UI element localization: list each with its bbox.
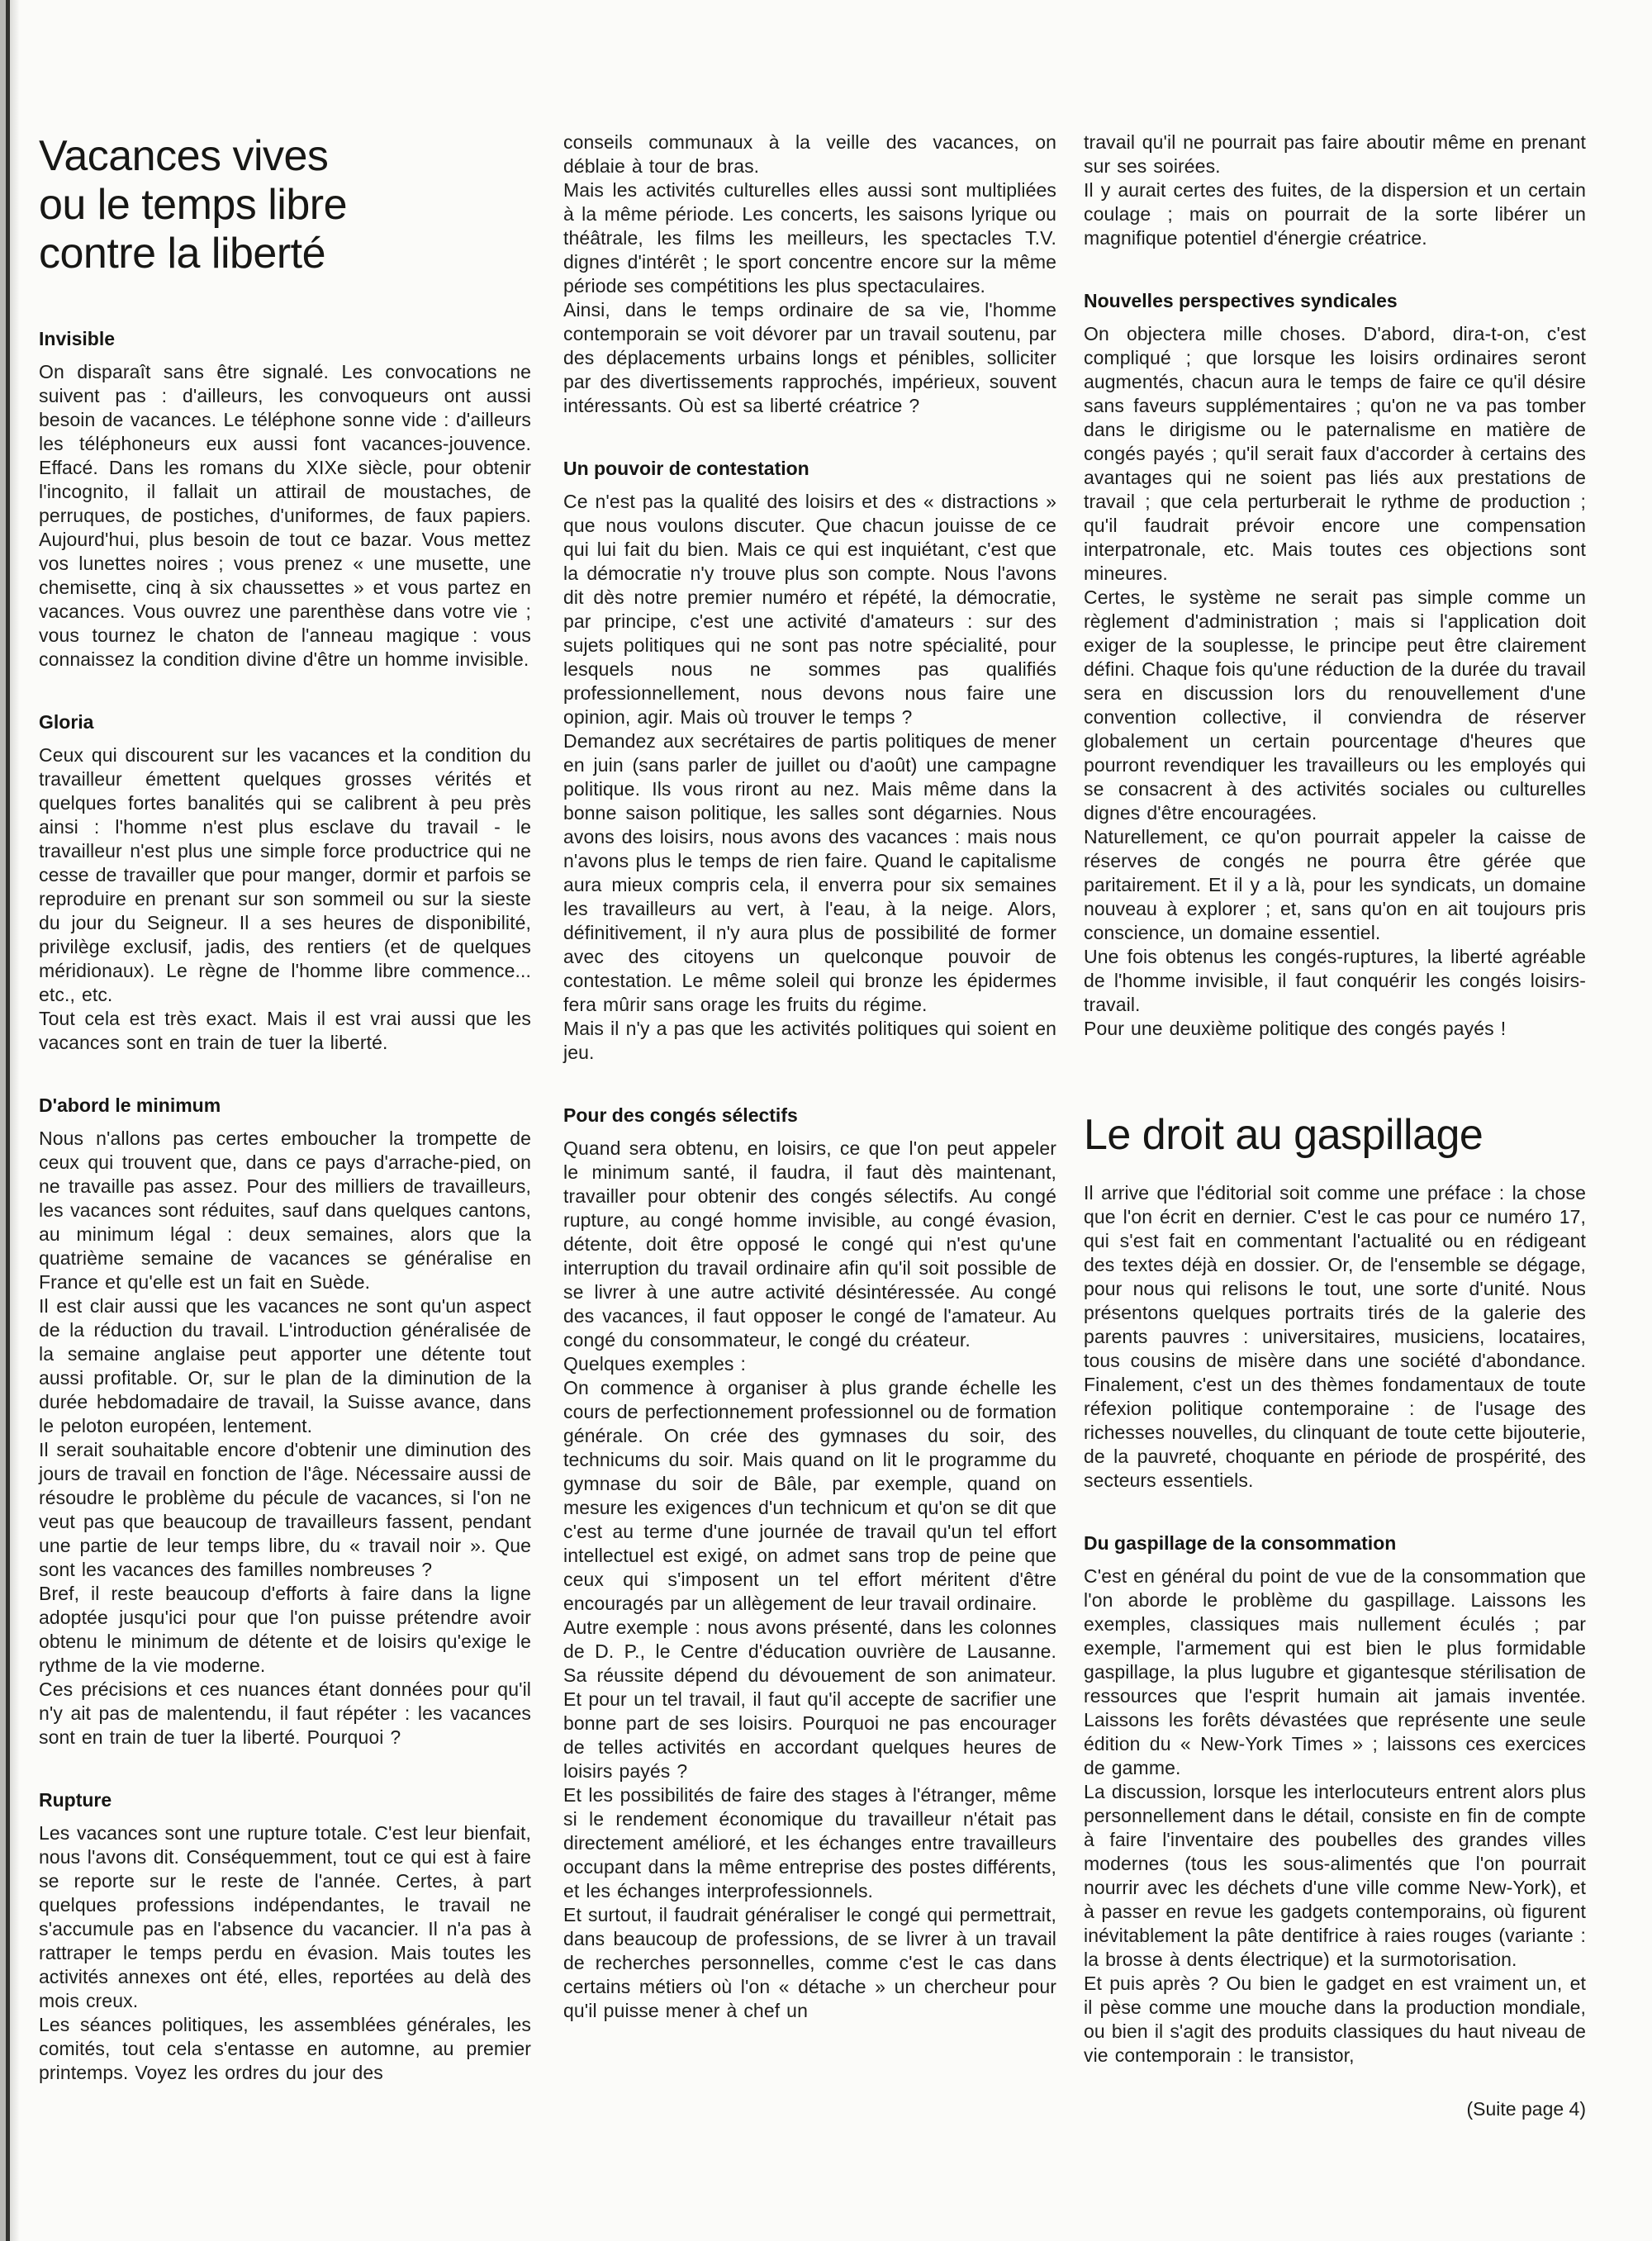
para-right-continuation-1: travail qu'il ne pourrait pas faire abou… [1084,131,1586,178]
para-minimum-2: Il est clair aussi que les vacances ne s… [39,1294,531,1438]
column-left: Vacances vives ou le temps libre contre … [39,0,531,2085]
heading-invisible: Invisible [39,326,531,351]
title-line-3: contre la liberté [39,230,531,278]
para-gloria-2: Tout cela est très exact. Mais il est vr… [39,1007,531,1055]
article-title-vacances: Vacances vives ou le temps libre contre … [39,132,531,278]
heading-dabord-le-minimum: D'abord le minimum [39,1093,531,1118]
para-minimum-5: Ces précisions et ces nuances étant donn… [39,1678,531,1750]
para-minimum-3: Il serait souhaitable encore d'obtenir u… [39,1438,531,1582]
para-selectifs-4: Autre exemple : nous avons présenté, dan… [563,1616,1056,1783]
magazine-page: Vacances vives ou le temps libre contre … [0,0,1652,2241]
para-invisible-1: On disparaît sans être signalé. Les conv… [39,360,531,672]
para-consommation-2: La discussion, lorsque les interlocuteur… [1084,1780,1586,1972]
continuation-note: (Suite page 4) [1084,2097,1586,2121]
para-gloria-1: Ceux qui discourent sur les vacances et … [39,743,531,1007]
title-line-1: Vacances vives [39,132,531,181]
para-consommation-1: C'est en général du point de vue de la c… [1084,1564,1586,1780]
para-rupture-2: Les séances politiques, les assemblées g… [39,2013,531,2085]
article-title-gaspillage: Le droit au gaspillage [1084,1111,1586,1160]
para-selectifs-5: Et les possibilités de faire des stages … [563,1783,1056,1903]
para-continuation-3: Ainsi, dans le temps ordinaire de sa vie… [563,298,1056,418]
para-right-continuation-2: Il y aurait certes des fuites, de la dis… [1084,178,1586,250]
para-selectifs-1: Quand sera obtenu, en loisirs, ce que l'… [563,1137,1056,1352]
para-contestation-3: Mais il n'y a pas que les activités poli… [563,1017,1056,1065]
para-syndicales-3: Naturellement, ce qu'on pourrait appeler… [1084,825,1586,945]
title-line-2: ou le temps libre [39,181,531,230]
para-continuation-2: Mais les activités culturelles elles aus… [563,178,1056,298]
para-syndicales-2: Certes, le système ne serait pas simple … [1084,586,1586,825]
scan-edge-shadow [0,0,6,2241]
para-syndicales-4: Une fois obtenus les congés-ruptures, la… [1084,945,1586,1017]
para-syndicales-1: On objectera mille choses. D'abord, dira… [1084,322,1586,586]
para-selectifs-3: On commence à organiser à plus grande éc… [563,1376,1056,1616]
para-editorial-1: Il arrive que l'éditorial soit comme une… [1084,1181,1586,1493]
column-right: travail qu'il ne pourrait pas faire abou… [1084,0,1586,2121]
para-contestation-2: Demandez aux secrétaires de partis polit… [563,729,1056,1017]
heading-pouvoir-contestation: Un pouvoir de contestation [563,456,1056,481]
para-continuation-1: conseils communaux à la veille des vacan… [563,131,1056,178]
heading-rupture: Rupture [39,1788,531,1812]
heading-conges-selectifs: Pour des congés sélectifs [563,1103,1056,1128]
para-syndicales-5: Pour une deuxième politique des congés p… [1084,1017,1586,1041]
heading-perspectives-syndicales: Nouvelles perspectives syndicales [1084,288,1586,313]
scan-edge-fade [10,0,20,2241]
heading-gloria: Gloria [39,710,531,734]
para-minimum-1: Nous n'allons pas certes emboucher la tr… [39,1127,531,1294]
para-contestation-1: Ce n'est pas la qualité des loisirs et d… [563,490,1056,729]
heading-gaspillage-consommation: Du gaspillage de la consommation [1084,1531,1586,1555]
para-selectifs-2: Quelques exemples : [563,1352,1056,1376]
para-consommation-3: Et puis après ? Ou bien le gadget en est… [1084,1972,1586,2068]
para-selectifs-6: Et surtout, il faudrait généraliser le c… [563,1903,1056,2023]
column-middle: conseils communaux à la veille des vacan… [563,0,1056,2023]
para-rupture-1: Les vacances sont une rupture totale. C'… [39,1821,531,2013]
para-minimum-4: Bref, il reste beaucoup d'efforts à fair… [39,1582,531,1678]
